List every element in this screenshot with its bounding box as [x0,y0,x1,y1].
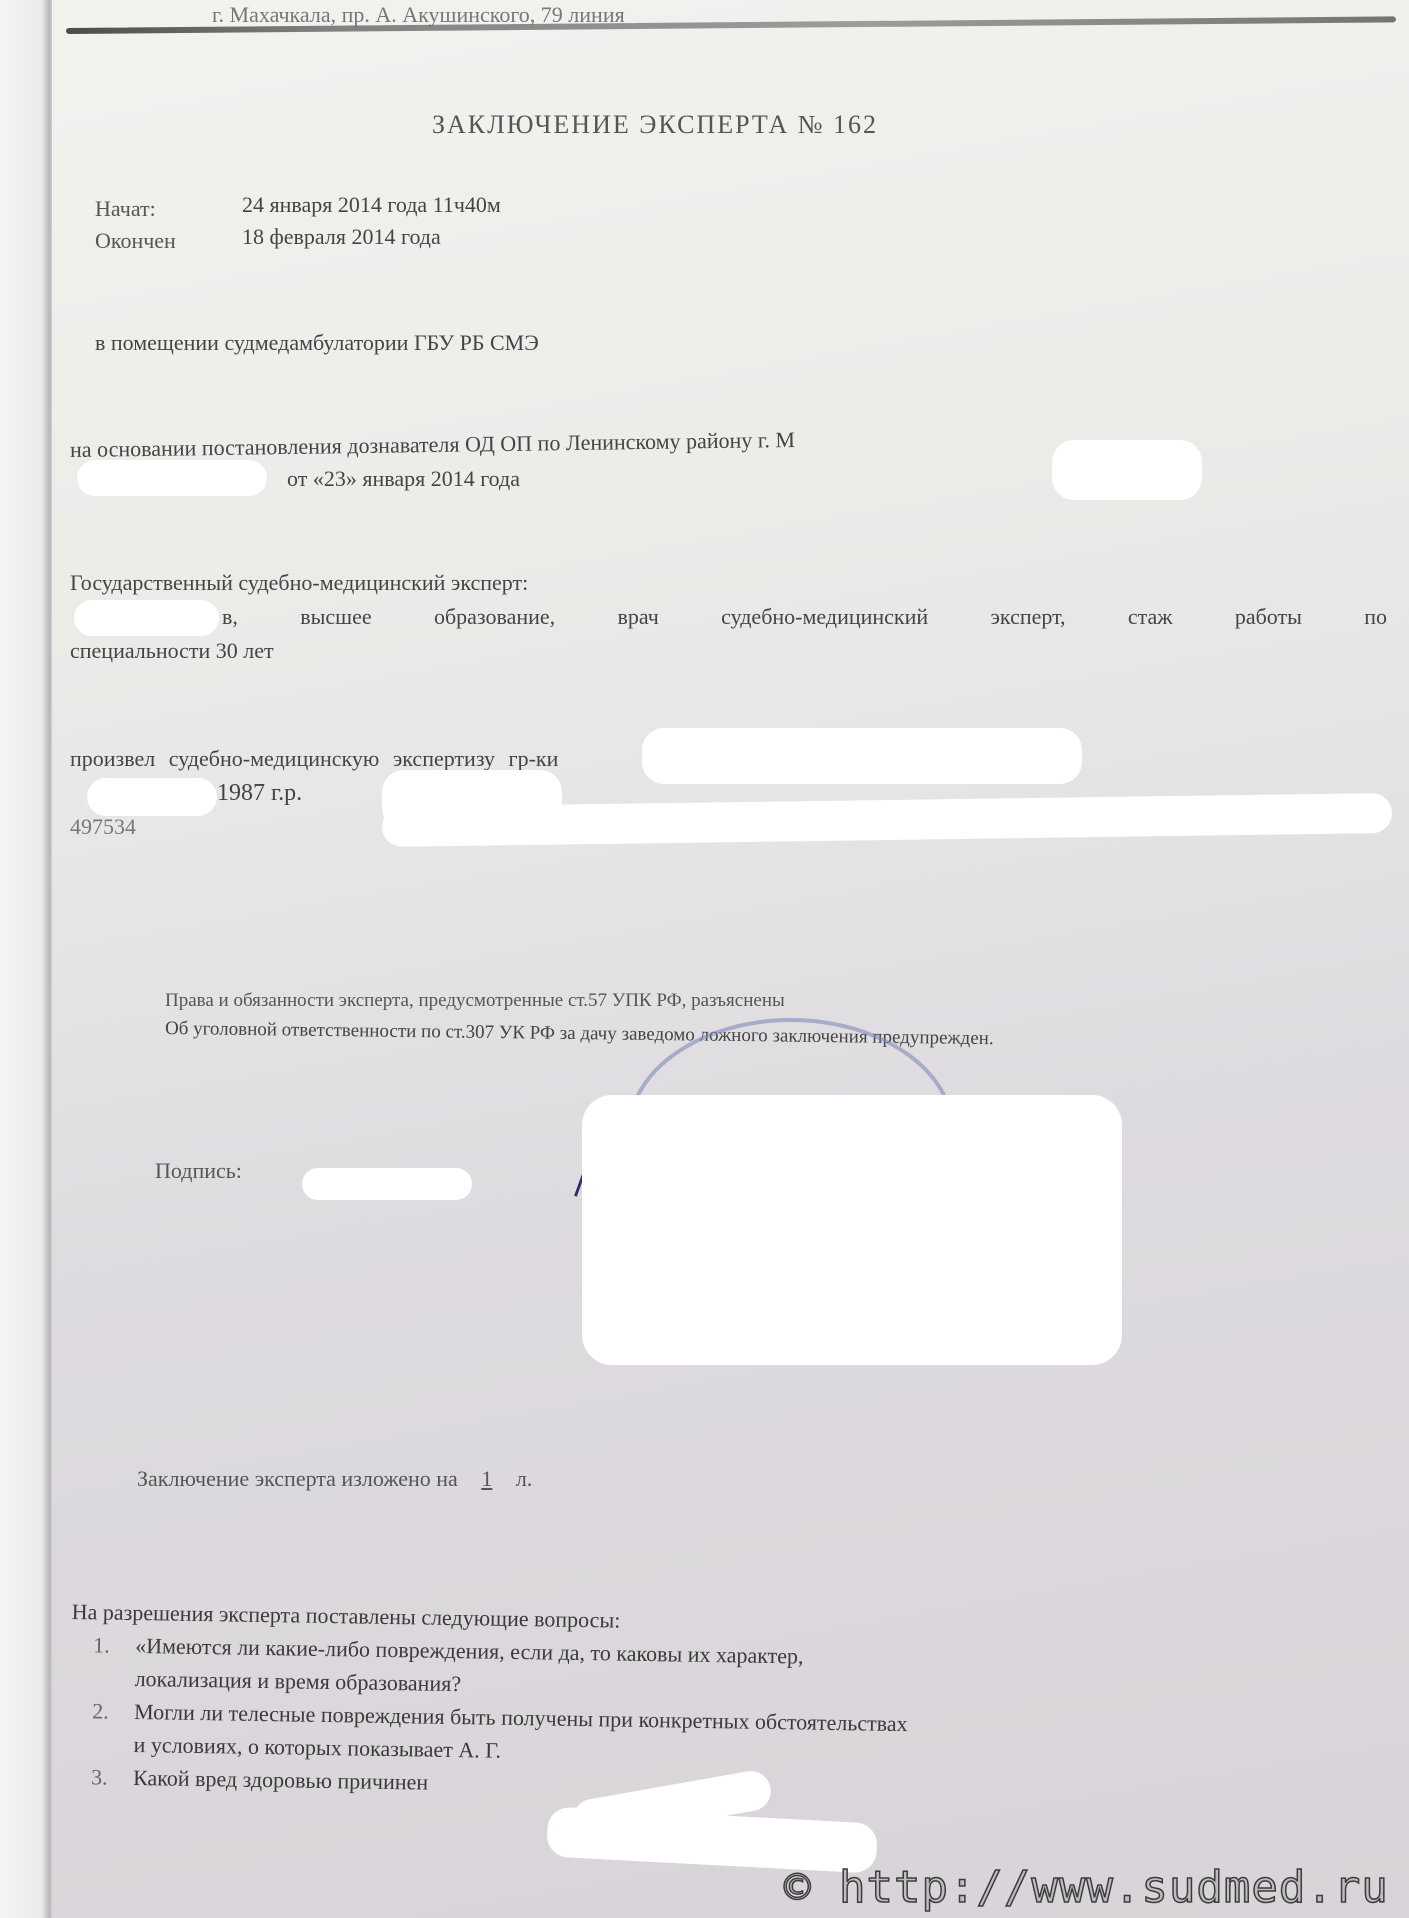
location-text: в помещении судмедамбулатории ГБУ РБ СМЭ [95,330,539,356]
pages-value: 1 [463,1466,510,1491]
questions-section: На разрешения эксперта поставлены следую… [69,1595,1302,1812]
pages-text-before: Заключение эксперта изложено на [137,1466,458,1491]
finished-label: Окончен [95,228,176,254]
redaction-mark [642,728,1082,784]
page-margin-shadow [0,0,52,1918]
document-title: ЗАКЛЮЧЕНИЕ ЭКСПЕРТА № 162 [432,110,878,140]
question-number: 3. [91,1760,134,1794]
site-watermark: © http://www.sudmed.ru [784,1862,1389,1913]
rights-line: Права и обязанности эксперта, предусмотр… [165,990,785,1012]
exam-line-1: произвел судебно-медицинскую экспертизу … [70,746,558,772]
started-label: Начат: [95,196,156,222]
started-value: 24 января 2014 года 11ч40м [242,192,501,218]
exam-line-3: 497534 [70,814,136,840]
signature-label: Подпись: [155,1158,242,1184]
redaction-mark [582,1095,1122,1365]
redaction-mark [87,778,217,816]
finished-value: 18 февраля 2014 года [242,224,441,250]
question-number: 2. [92,1694,135,1728]
expert-line-1: в, высшее образование, врач судебно-меди… [222,604,1387,630]
redaction-mark [77,460,267,496]
expert-line-2: специальности 30 лет [70,638,274,664]
document-page: г. Махачкала, пр. А. Акушинского, 79 лин… [52,0,1409,1918]
pages-statement: Заключение эксперта изложено на 1 л. [137,1466,532,1492]
pages-text-after: л. [516,1466,532,1491]
redaction-mark [302,1168,472,1200]
redaction-mark [1052,440,1202,500]
exam-line-2: 1987 г.р. [217,780,302,807]
redaction-mark [74,600,219,636]
basis-line-2: от «23» января 2014 года [287,466,520,492]
question-number: 1. [93,1628,136,1662]
expert-heading: Государственный судебно-медицинский эксп… [70,570,528,596]
question-text: Какой вред здоровью причинен [133,1765,428,1795]
basis-line-1: на основании постановления дознавателя О… [70,427,795,463]
